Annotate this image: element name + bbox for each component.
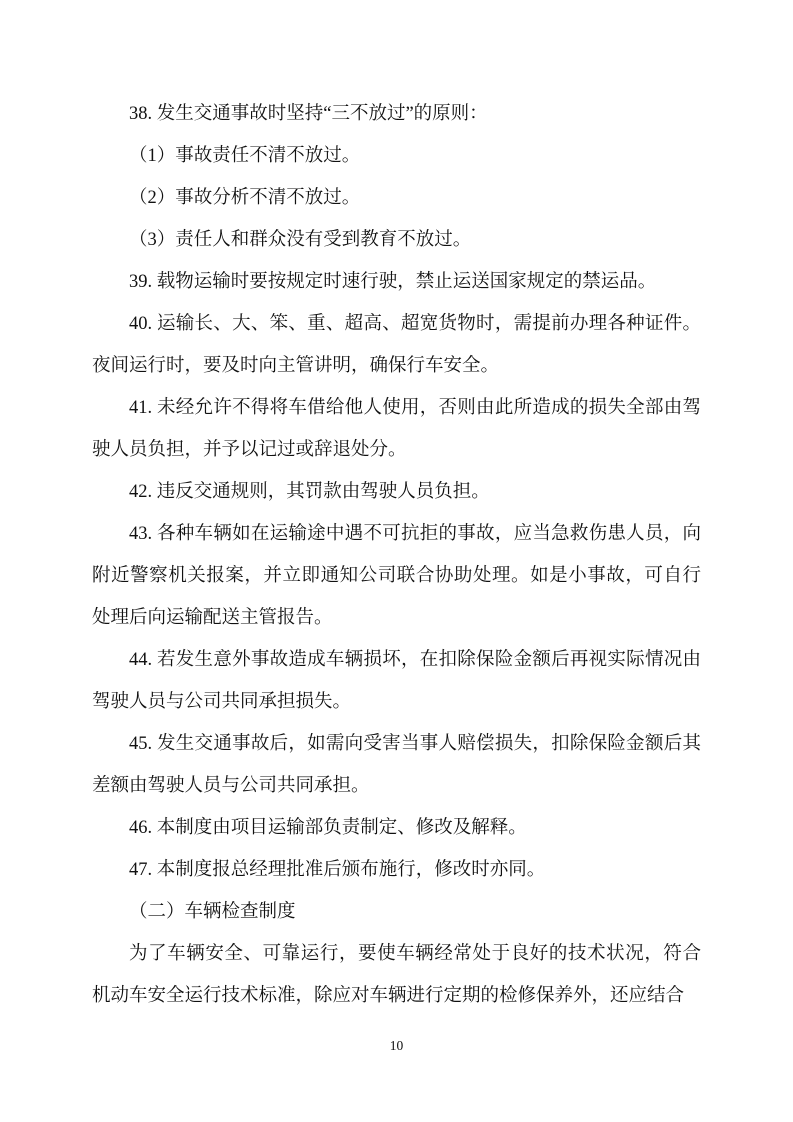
paragraph: 为了车辆安全、可靠运行，要使车辆经常处于良好的技术状况，符合机动车安全运行技术标…	[92, 933, 701, 1017]
page-number: 10	[0, 1036, 793, 1056]
paragraph: 46. 本制度由项目运输部负责制定、修改及解释。	[92, 807, 701, 849]
document-page: 38. 发生交通事故时坚持“三不放过”的原则：（1）事故责任不清不放过。（2）事…	[0, 0, 793, 1122]
paragraph: 39. 载物运输时要按规定时速行驶，禁止运送国家规定的禁运品。	[92, 261, 701, 303]
paragraph: 44. 若发生意外事故造成车辆损坏，在扣除保险金额后再视实际情况由驾驶人员与公司…	[92, 639, 701, 723]
paragraph: 42. 违反交通规则，其罚款由驾驶人员负担。	[92, 471, 701, 513]
paragraph: （2）事故分析不清不放过。	[92, 177, 701, 219]
paragraph: （二）车辆检查制度	[92, 891, 701, 933]
paragraph: （3）责任人和群众没有受到教育不放过。	[92, 219, 701, 261]
paragraph: 45. 发生交通事故后，如需向受害当事人赔偿损失，扣除保险金额后其差额由驾驶人员…	[92, 723, 701, 807]
paragraph: 41. 未经允许不得将车借给他人使用，否则由此所造成的损失全部由驾驶人员负担，并…	[92, 387, 701, 471]
paragraph: 40. 运输长、大、笨、重、超高、超宽货物时，需提前办理各种证件。夜间运行时，要…	[92, 303, 701, 387]
paragraph: （1）事故责任不清不放过。	[92, 135, 701, 177]
paragraph: 38. 发生交通事故时坚持“三不放过”的原则：	[92, 93, 701, 135]
paragraph: 47. 本制度报总经理批准后颁布施行，修改时亦同。	[92, 849, 701, 891]
paragraph: 43. 各种车辆如在运输途中遇不可抗拒的事故，应当急救伤患人员，向附近警察机关报…	[92, 513, 701, 639]
document-text-body: 38. 发生交通事故时坚持“三不放过”的原则：（1）事故责任不清不放过。（2）事…	[92, 93, 701, 1017]
